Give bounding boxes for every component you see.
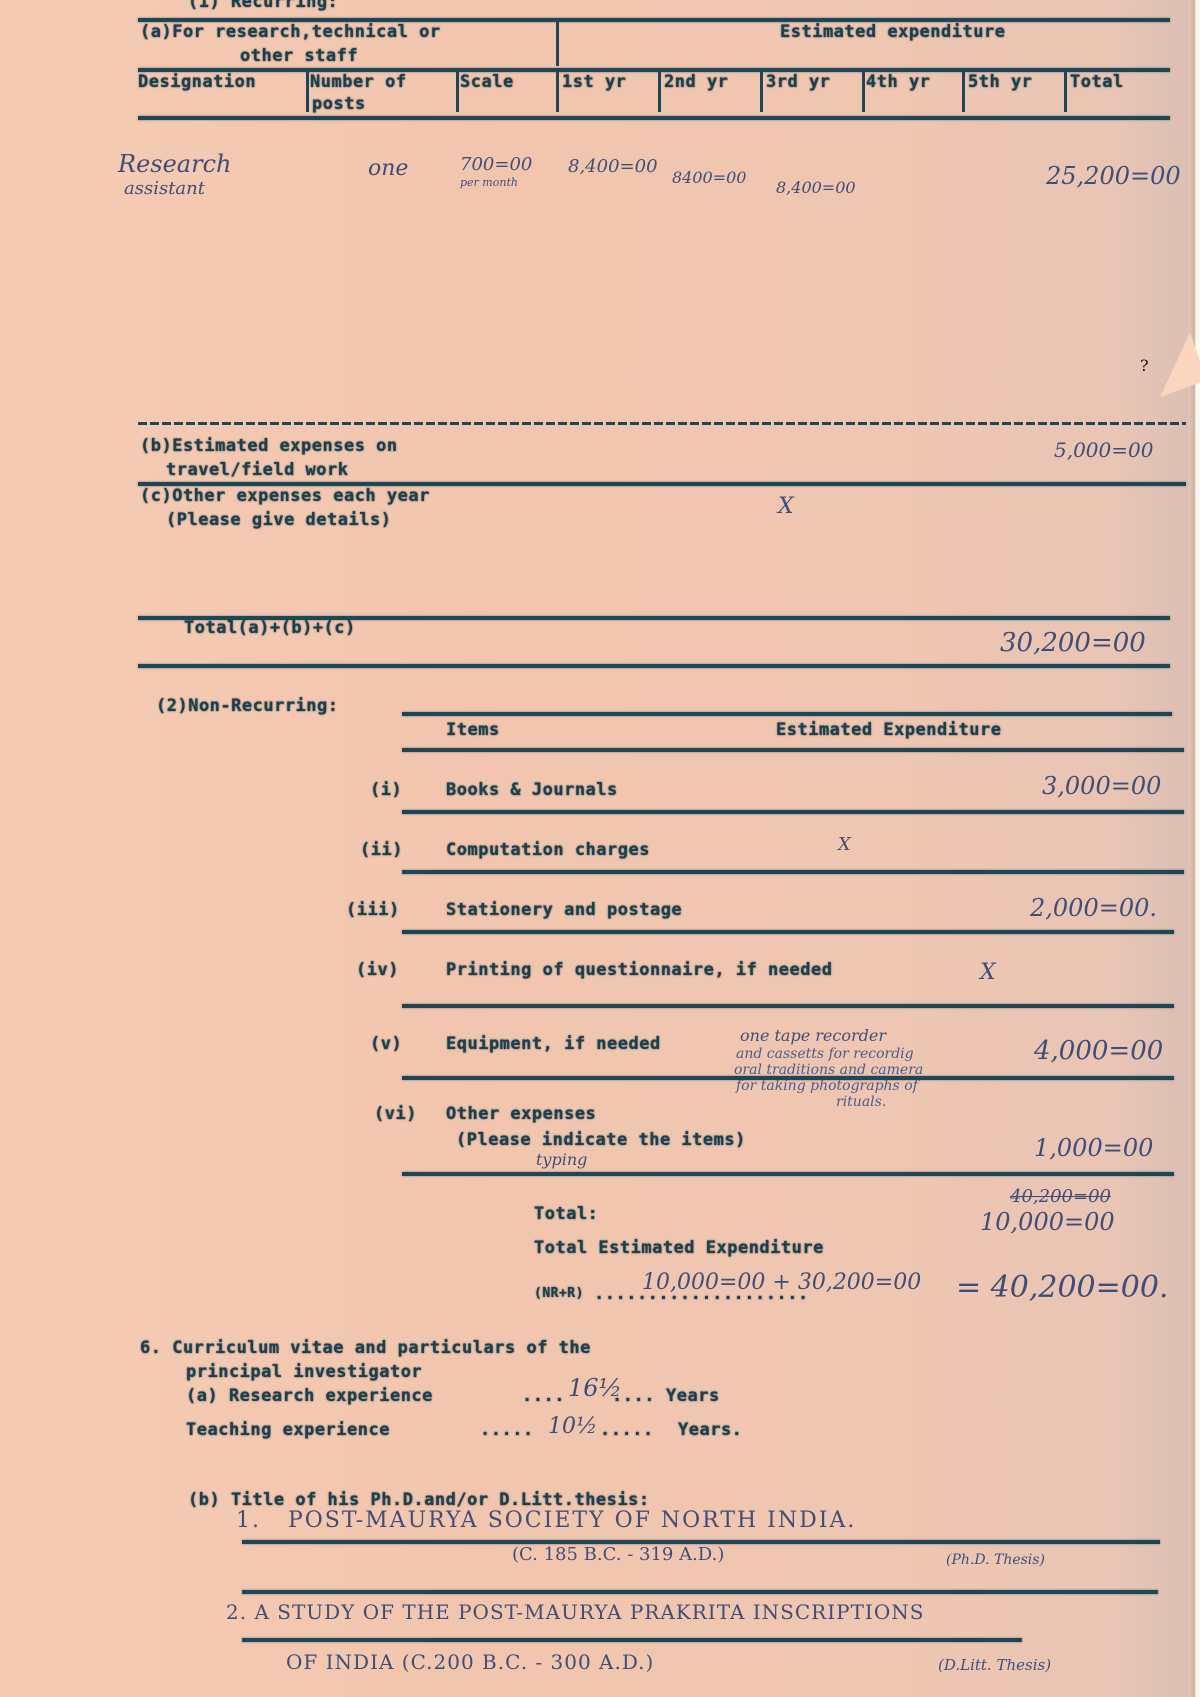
recurring-total-label: Total(a)+(b)+(c) <box>184 618 356 638</box>
col-designation: Designation <box>138 72 256 92</box>
rule <box>402 748 1184 752</box>
item-label-books: Books & Journals <box>446 780 618 800</box>
item-num: (vi) <box>374 1104 417 1124</box>
item-label-other-2: (Please indicate the items) <box>456 1130 746 1150</box>
item-value-books: 3,000=00 <box>1042 772 1161 800</box>
item-num: (v) <box>370 1034 402 1054</box>
travel-value: 5,000=00 <box>1054 438 1153 462</box>
thesis-1-type: (Ph.D. Thesis) <box>946 1552 1045 1568</box>
equipment-note-4: for taking photographs of <box>736 1078 918 1094</box>
teaching-unit: Years. <box>678 1420 742 1440</box>
rule <box>402 930 1174 934</box>
travel-label-2: travel/field work <box>166 460 349 480</box>
travel-label-1: (b)Estimated expenses on <box>140 436 398 456</box>
item-num: (i) <box>370 780 402 800</box>
estimated-header: Estimated expenditure <box>780 22 1005 42</box>
item-label-printing: Printing of questionnaire, if needed <box>446 960 832 980</box>
item-num: (iii) <box>346 900 400 920</box>
other-label-2: (Please give details) <box>166 510 391 530</box>
col-divider <box>658 72 661 112</box>
grand-total-label: Total Estimated Expenditure <box>534 1238 824 1258</box>
teaching-dots-1: ..... <box>480 1420 534 1440</box>
item-label-computation: Computation charges <box>446 840 650 860</box>
col-scale: Scale <box>460 72 514 92</box>
cv-heading-2: principal investigator <box>186 1362 422 1382</box>
grand-total-prefix: (NR+R) <box>534 1286 584 1301</box>
col-posts: posts <box>312 94 366 114</box>
col-number-of: Number of <box>310 72 407 92</box>
row-scale: 700=00 <box>460 154 532 175</box>
rule <box>402 712 1172 716</box>
rule <box>402 870 1184 874</box>
equipment-note-2: and cassetts for recordig <box>736 1046 914 1062</box>
cv-heading-1: 6. Curriculum vitae and particulars of t… <box>140 1338 591 1358</box>
research-unit: Years <box>666 1386 720 1406</box>
rule <box>402 1076 1174 1080</box>
col-divider <box>306 72 309 112</box>
grand-total-formula: 10,000=00 + 30,200=00 <box>642 1270 921 1295</box>
nonrecurring-heading: (2)Non-Recurring: <box>156 696 339 716</box>
teaching-label: Teaching experience <box>186 1420 390 1440</box>
teaching-value: 10½ <box>548 1414 597 1439</box>
item-value-stationery: 2,000=00. <box>1030 894 1157 922</box>
rule <box>138 116 1170 120</box>
other-label-1: (c)Other expenses each year <box>140 486 430 506</box>
thesis-1-title: 1. POST-MAURYA SOCIETY OF NORTH INDIA. <box>236 1508 856 1533</box>
item-label-stationery: Stationery and postage <box>446 900 682 920</box>
col-yr2: 2nd yr <box>664 72 728 92</box>
item-value-printing: X <box>980 960 996 985</box>
teaching-dots-2: ..... <box>600 1420 654 1440</box>
item-label-other: Other expenses <box>446 1104 596 1124</box>
item-num: (ii) <box>360 840 403 860</box>
other-note: typing <box>536 1150 587 1169</box>
col-divider <box>962 72 965 112</box>
col-yr1: 1st yr <box>562 72 626 92</box>
row-scale-note: per month <box>460 176 518 189</box>
recurring-total-value: 30,200=00 <box>1000 628 1146 658</box>
thesis-1-dates: (C. 185 B.C. - 319 A.D.) <box>512 1544 724 1565</box>
paper-edge <box>1188 0 1200 1697</box>
item-label-equipment: Equipment, if needed <box>446 1034 661 1054</box>
thesis-2-title: 2. A STUDY OF THE POST-MAURYA PRAKRITA I… <box>226 1600 924 1624</box>
recurring-heading: (1) Recurring: <box>188 0 338 12</box>
row-designation-2: assistant <box>124 178 205 199</box>
staff-header-2: other staff <box>240 46 358 66</box>
item-value-other: 1,000=00 <box>1034 1134 1153 1162</box>
rule <box>242 1590 1158 1594</box>
row-total: 25,200=00 <box>1046 162 1181 190</box>
nonrecurring-total-label: Total: <box>534 1204 598 1224</box>
col-divider <box>456 72 459 112</box>
rule <box>138 664 1170 668</box>
row-yr2: 8400=00 <box>672 168 746 187</box>
item-value-computation: X <box>838 834 851 855</box>
other-value: X <box>778 494 794 519</box>
grand-total-result: = 40,200=00. <box>956 1270 1169 1305</box>
rule <box>402 1172 1174 1176</box>
col-divider <box>862 72 865 112</box>
col-items: Items <box>446 720 500 740</box>
col-divider <box>556 22 559 66</box>
row-yr1: 8,400=00 <box>568 156 658 177</box>
equipment-note-1: one tape recorder <box>740 1026 886 1045</box>
item-value-equipment: 4,000=00 <box>1034 1036 1163 1066</box>
col-divider <box>760 72 763 112</box>
col-total: Total <box>1070 72 1124 92</box>
thesis-2-type: (D.Litt. Thesis) <box>938 1656 1051 1674</box>
rule <box>402 810 1184 814</box>
nonrecurring-total-struck: 40,200=00 <box>1010 1186 1111 1207</box>
rule <box>242 1638 1022 1642</box>
dashed-rule <box>138 422 1186 425</box>
staff-header: (a)For research,technical or <box>140 22 441 42</box>
row-number: one <box>368 156 408 181</box>
row-designation-1: Research <box>118 150 231 178</box>
nonrecurring-total-value: 10,000=00 <box>980 1208 1115 1236</box>
thesis-2-dates: OF INDIA (C.200 B.C. - 300 A.D.) <box>286 1650 654 1674</box>
research-dots-1: .... <box>522 1386 565 1406</box>
research-dots-2: .... <box>612 1386 655 1406</box>
col-estimated-expenditure: Estimated Expenditure <box>776 720 1001 740</box>
rule <box>402 1004 1174 1008</box>
col-yr3: 3rd yr <box>766 72 830 92</box>
equipment-note-5: rituals. <box>836 1094 886 1110</box>
col-divider <box>556 72 559 112</box>
col-yr5: 5th yr <box>968 72 1032 92</box>
row-yr3: 8,400=00 <box>776 178 856 197</box>
research-label: (a) Research experience <box>186 1386 433 1406</box>
item-num: (iv) <box>356 960 399 980</box>
col-divider <box>1064 72 1067 112</box>
thesis-label: (b) Title of his Ph.D.and/or D.Litt.thes… <box>188 1490 650 1510</box>
col-yr4: 4th yr <box>866 72 930 92</box>
